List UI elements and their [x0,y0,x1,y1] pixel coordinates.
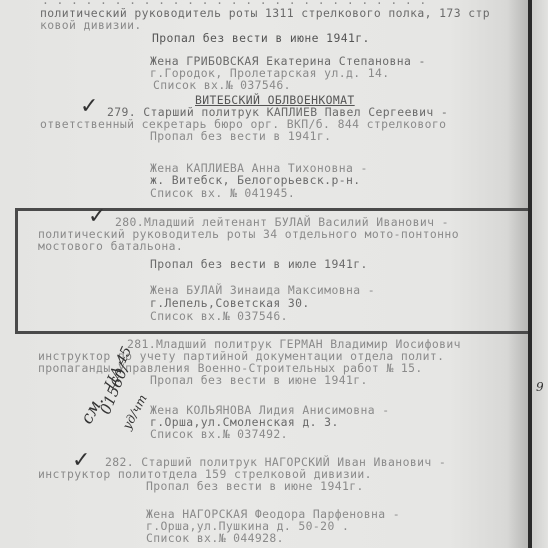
entry-279-list-ref: Список вх. № 041945. [150,187,295,200]
entry-282-list-ref: Список вх.№ 044928. [146,532,284,545]
right-margin-note: 9 [536,380,544,394]
entry-281-status: Пропал без вести в июне 1941г. [150,374,368,387]
archive-document-page: . . . . . . . . . . . . . . . . . . . . … [0,0,528,548]
entry-282-status: Пропал без вести в июне 1941г. [146,480,364,493]
entry-277-line-2: ковой дивизии. [40,19,142,32]
entry-280-line-3: мостового батальона. [38,240,183,253]
entry-277-list-ref: Список вх.№ 037546. [153,79,291,92]
right-margin: 9 [532,0,548,548]
handwritten-note-sub: уд/чт [120,392,150,432]
entry-281-list-ref: Список вх.№ 037492. [150,428,288,441]
entry-280-status: Пропал без вести в июле 1941г. [150,258,368,271]
check-mark-icon: ✓ [80,94,98,119]
entry-277-status: Пропал без вести в июне 1941г. [152,32,370,45]
entry-279-status: Пропал без вести в 1941г. [150,130,331,143]
check-mark-icon: ✓ [88,204,106,229]
entry-280-list-ref: Список вх.№ 037546. [150,310,288,323]
